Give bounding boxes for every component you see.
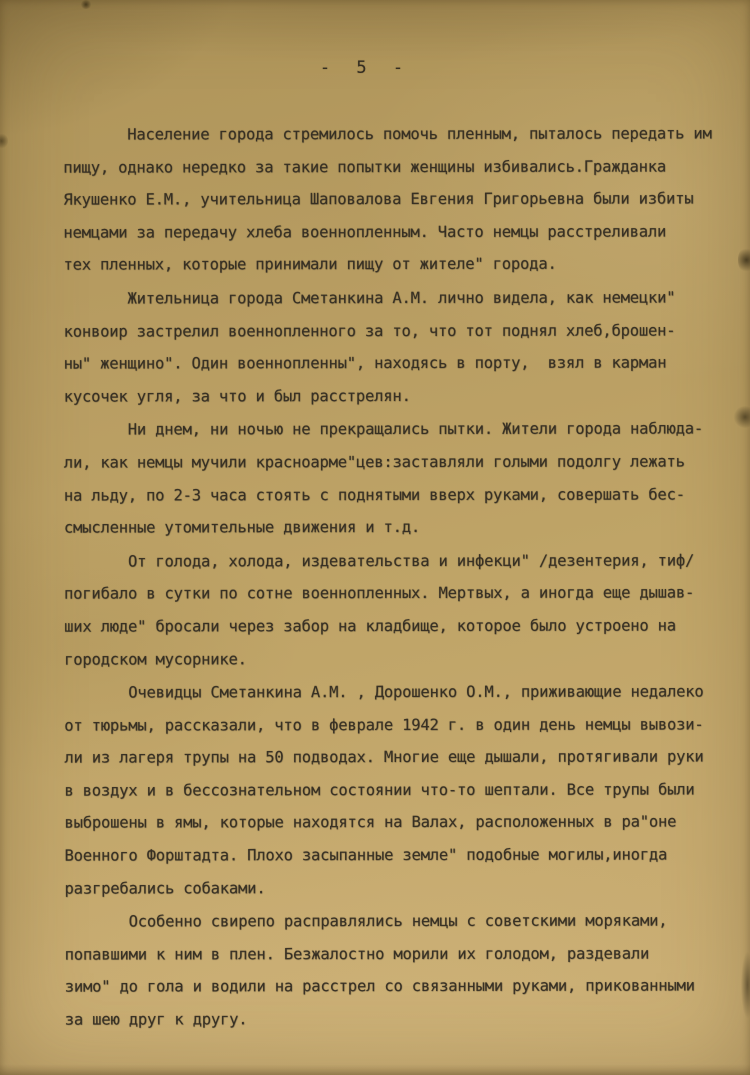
- text-line: городском мусорнике.: [64, 642, 746, 676]
- edge-shadow: [0, 1064, 750, 1075]
- page-number: - 5 -: [0, 58, 726, 78]
- paragraph: От голода, холода, издевательства и инфе…: [64, 544, 746, 676]
- text-line: От голода, холода, издевательства и инфе…: [64, 544, 746, 578]
- text-line: ли из лагеря трупы на 50 подводах. Многи…: [64, 741, 746, 775]
- text-line: конвоир застрелил военнопленного за то, …: [64, 314, 746, 348]
- paragraph: Очевидцы Сметанкина А.М. , Дорошенко О.М…: [64, 675, 746, 904]
- scanned-document-page: - 5 - Население города стремилось помочь…: [0, 0, 750, 1075]
- edge-stain: [0, 133, 8, 149]
- text-line: немцами за передачу хлеба военнопленным.…: [63, 215, 745, 249]
- text-line: на льду, по 2-3 часа стоять с поднятыми …: [64, 478, 746, 512]
- text-line: Жительница города Сметанкина А.М. лично …: [63, 281, 745, 315]
- text-line: ли, как немцы мучили красноарме"цев:заст…: [64, 445, 746, 479]
- text-line: разгребались собаками.: [65, 871, 747, 905]
- text-line: погибало в сутки по сотне военнопленных.…: [64, 577, 746, 611]
- text-line: Население города стремилось помочь пленн…: [63, 117, 745, 151]
- text-line: в воздух и в бессознательном состоянии ч…: [64, 773, 746, 807]
- paragraph: Жительница города Сметанкина А.М. лично …: [63, 281, 745, 413]
- text-line: Военного Форштадта. Плохо засыпанные зем…: [64, 838, 746, 872]
- text-line: тех пленных, которые принимали пищу от ж…: [63, 248, 745, 282]
- paragraph: Ни днем, ни ночью не прекращались пытки.…: [64, 413, 746, 545]
- text-line: Очевидцы Сметанкина А.М. , Дорошенко О.М…: [64, 675, 746, 709]
- text-line: ших люде" бросали через забор на кладбищ…: [64, 609, 746, 643]
- text-line: ны" женщино". Один военнопленны", находя…: [64, 347, 746, 381]
- text-line: выброшены в ямы, которые находятся на Ва…: [64, 806, 746, 840]
- text-line: за шею друг к другу.: [65, 1002, 747, 1036]
- text-line: попавшими к ним в плен. Безжалостно мори…: [65, 937, 747, 971]
- text-line: от тюрьмы, рассказали, что в феврале 194…: [64, 708, 746, 742]
- paragraph: Население города стремилось помочь пленн…: [63, 117, 745, 281]
- document-body: Население города стремилось помочь пленн…: [63, 117, 747, 1037]
- text-line: Якушенко Е.М., учительница Шаповалова Ев…: [63, 183, 745, 217]
- ink-speck: [80, 0, 92, 9]
- text-line: кусочек угля, за что и был расстрелян.: [64, 379, 746, 413]
- text-line: зимо" до гола и водили на расстрел со св…: [65, 970, 747, 1004]
- text-line: Ни днем, ни ночью не прекращались пытки.…: [64, 413, 746, 447]
- text-line: пищу, однако нередко за такие попытки же…: [63, 150, 745, 184]
- paragraph: Особенно свирепо расправлялись немцы с с…: [65, 905, 747, 1037]
- text-line: Особенно свирепо расправлялись немцы с с…: [65, 905, 747, 939]
- text-line: смысленные утомительные движения и т.д.: [64, 511, 746, 545]
